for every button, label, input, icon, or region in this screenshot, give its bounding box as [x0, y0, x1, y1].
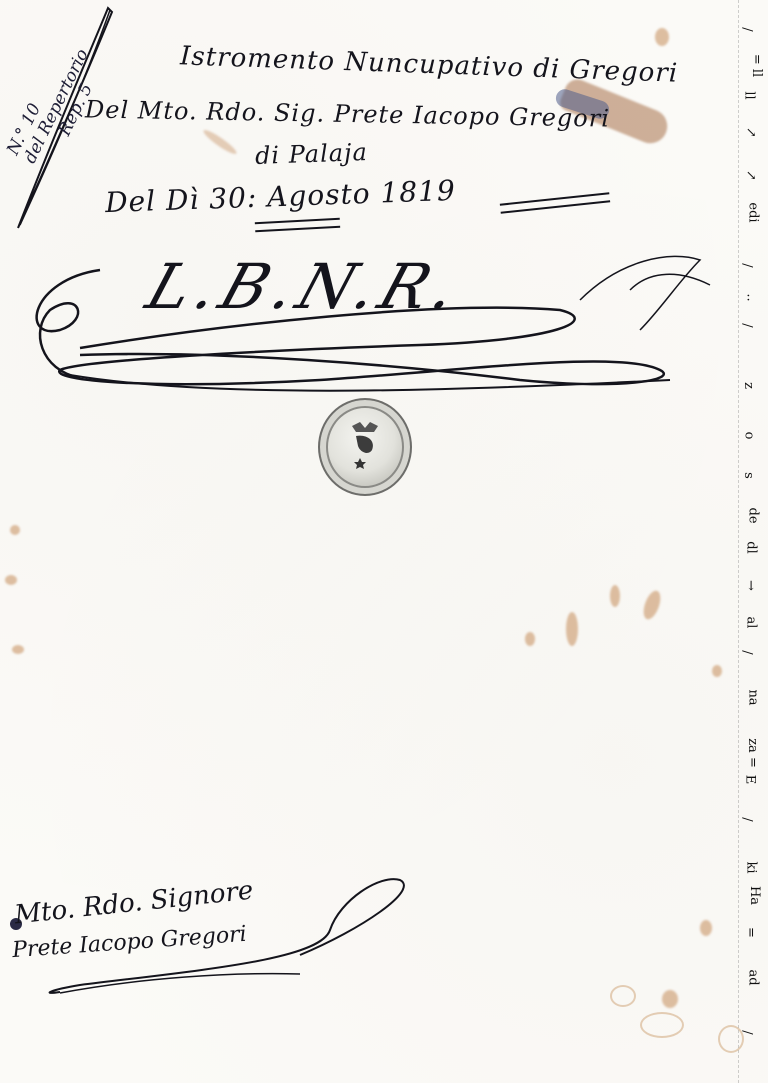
stain-spot: [5, 575, 17, 585]
stain-spot: [10, 525, 20, 535]
stain-spot: [566, 612, 578, 646]
stain-spot: [12, 645, 24, 654]
bleed-mark: =: [743, 927, 758, 938]
bleed-mark: /: [740, 1030, 755, 1034]
bleed-mark: ↗: [743, 170, 758, 181]
bleed-mark: /: [740, 817, 755, 821]
bleed-mark: al: [743, 617, 758, 629]
bleed-mark: /: [740, 27, 755, 31]
bleed-mark: = ll: [749, 54, 764, 77]
stain-ring: [610, 985, 636, 1007]
stain-spot: [201, 127, 238, 156]
stain-spot: [700, 920, 712, 936]
bleed-mark: ↗: [743, 127, 758, 138]
bleed-mark: ..: [744, 293, 759, 301]
heading-title: Istromento Nuncupativo di Gregori: [180, 41, 679, 88]
bleed-mark: ki: [744, 861, 759, 873]
seal-heraldic-icon: [346, 420, 384, 470]
notarial-monogram: L.B.N.R.: [138, 250, 472, 323]
date-prefix: Del Dì: [105, 182, 210, 219]
bleed-mark: /: [740, 650, 755, 654]
right-margin-bleedthrough: / = ll ll ↗ ↗ edi / .. / z o s de dl → a…: [738, 0, 768, 1083]
date-day: 30:: [209, 181, 258, 216]
heading-place: di Palaja: [255, 138, 369, 170]
stain-spot: [712, 665, 722, 677]
bleed-mark: na: [746, 689, 761, 705]
date-year-underline: [500, 192, 610, 213]
stain-spot: [655, 28, 669, 46]
stain-ring: [640, 1012, 684, 1038]
stain-spot: [662, 990, 678, 1008]
bleed-mark: =: [745, 757, 760, 768]
stain-spot: [610, 585, 620, 607]
bleed-mark: ad: [746, 969, 761, 985]
bleed-mark: za: [745, 738, 760, 753]
date-month: Agosto: [257, 177, 381, 214]
bleed-mark: /: [740, 323, 755, 327]
bleed-mark: de: [746, 507, 761, 523]
manuscript-page: N.° 10 del Repertorio Rep. 5 Istromento …: [0, 0, 768, 1083]
bleed-mark: s: [741, 472, 756, 479]
bleed-mark: edi: [746, 202, 761, 222]
bleed-mark: o: [741, 432, 756, 440]
heading-date: Del Dì 30: Agosto 1819: [105, 174, 457, 219]
bleed-mark: /: [740, 263, 755, 267]
notarial-seal: [318, 398, 412, 496]
bleed-mark: E: [742, 775, 757, 785]
bleed-mark: Ha: [747, 886, 762, 905]
bleed-mark: ll: [742, 91, 757, 99]
bleed-mark: →: [743, 580, 758, 591]
stain-spot: [525, 632, 535, 646]
bleed-mark: z: [741, 382, 756, 389]
stain-spot: [640, 589, 663, 622]
bleed-mark: dl: [744, 541, 759, 553]
date-year: 1819: [380, 174, 456, 210]
heading-subject: Del Mto. Rdo. Sig. Prete Iacopo Gregori: [85, 95, 610, 132]
